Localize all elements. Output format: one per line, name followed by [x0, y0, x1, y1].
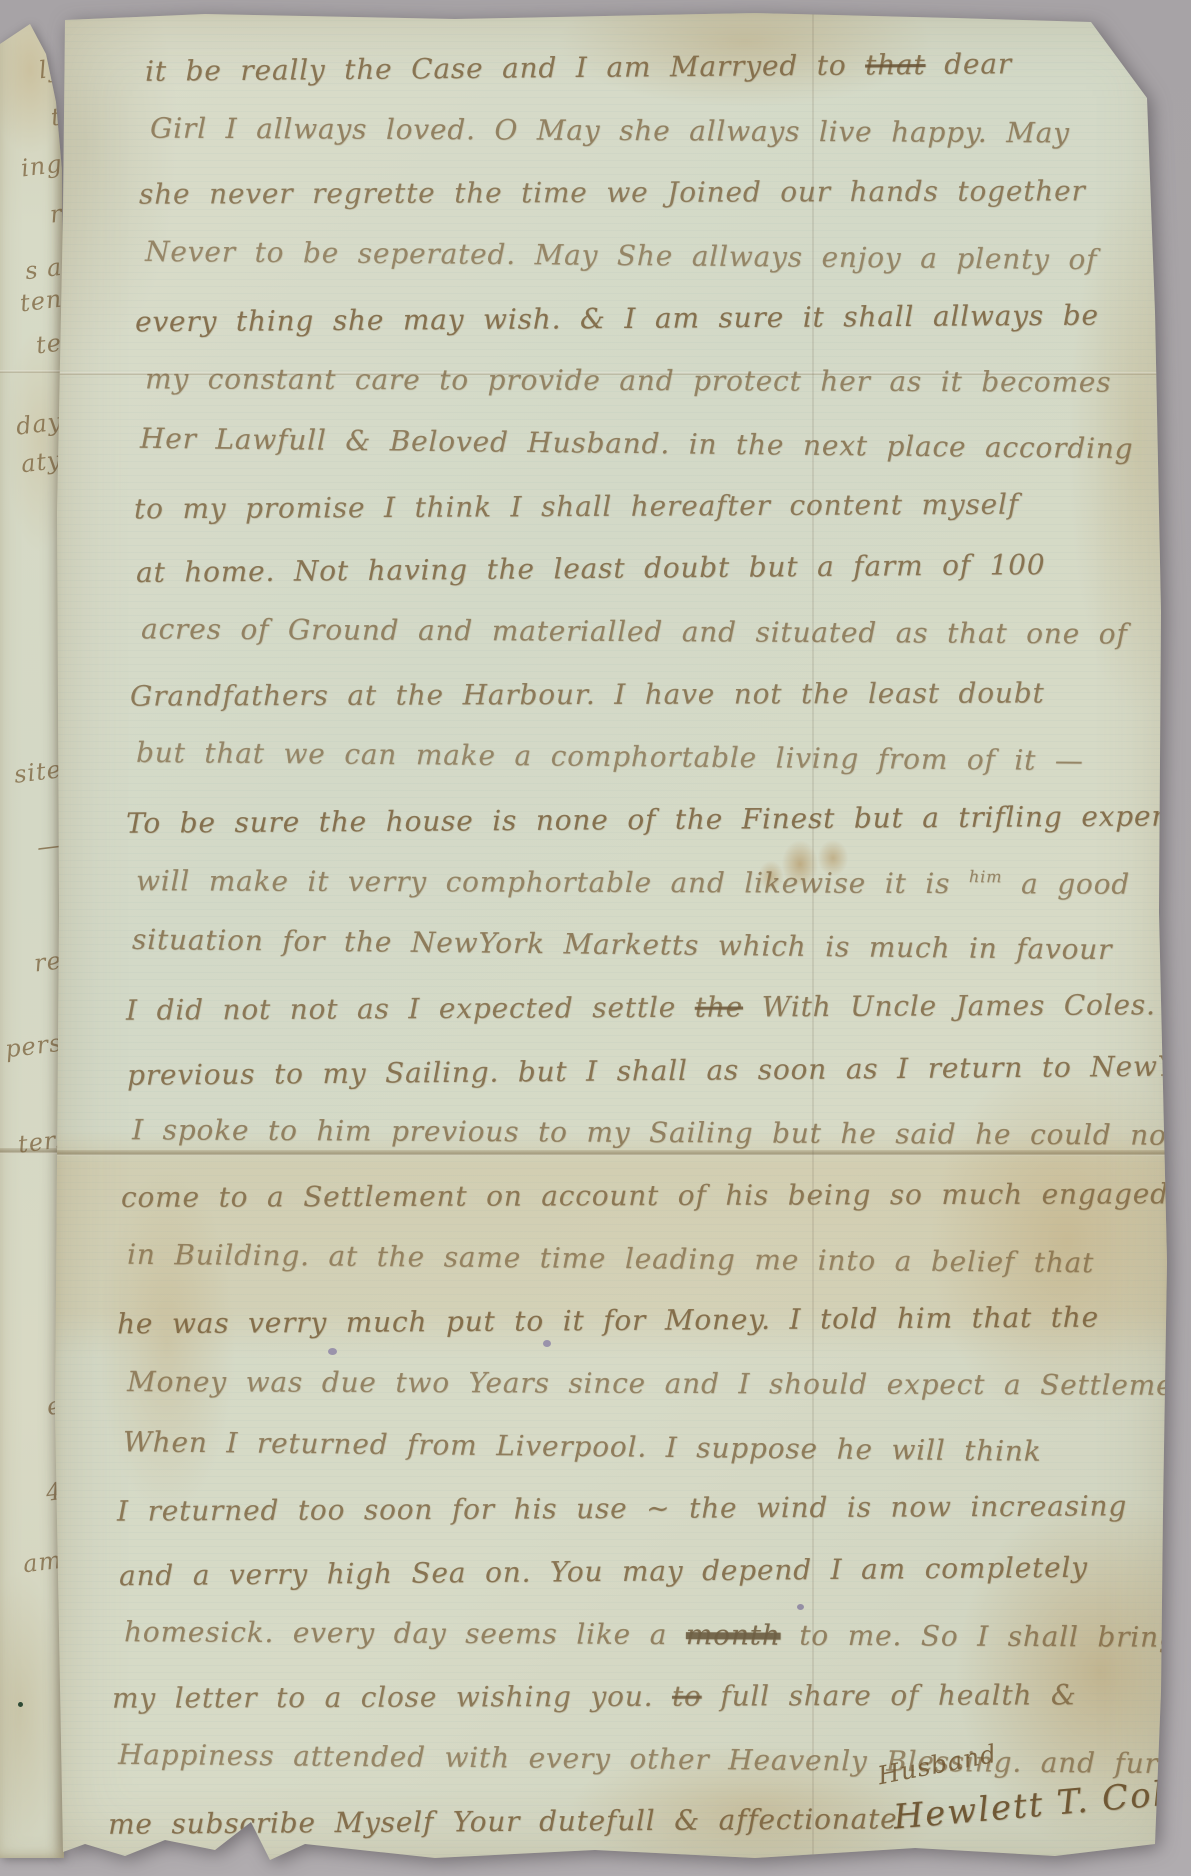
letter-line: every thing she may wish. & I am sure it…	[135, 300, 1099, 339]
letter-line: acres of Ground and materialled and situ…	[141, 613, 1128, 650]
letter-text: previous to my Sailing. but I shall as s…	[127, 1049, 1170, 1092]
letter-text: Girl I allways loved. O May she allways …	[150, 112, 1070, 150]
letter-line: he was verry much put to it for Money. I…	[117, 1302, 1099, 1341]
letter-page-wrap: it be really the Case and I am Marryed t…	[0, 0, 1191, 1876]
letter-text: my constant care to provide and protect …	[145, 362, 1111, 398]
letter-text: dear	[925, 47, 1012, 81]
letter-line: When I returned from Liverpool. I suppos…	[123, 1426, 1042, 1468]
letter-line: situation for the NewYork Marketts which…	[132, 924, 1113, 966]
letter-text: my letter to a close wishing you.	[112, 1680, 672, 1715]
letter-text: it be really the Case and I am Marryed t…	[145, 48, 865, 87]
letter-text: Happiness attended with every other Heav…	[118, 1738, 1170, 1781]
letter-line: previous to my Sailing. but I shall as s…	[127, 1050, 1170, 1092]
letter-line: to my promise I think I shall hereafter …	[134, 489, 1019, 526]
letter-word-sup: him	[969, 867, 1003, 886]
letter-text: Never to be seperated. May She allways e…	[145, 235, 1098, 276]
letter-text: he was verry much put to it for Money. I…	[117, 1301, 1099, 1341]
letter-text: Her Lawfull & Beloved Husband. in the ne…	[140, 422, 1134, 465]
letter-text: but that we can make a comphortable livi…	[136, 736, 1084, 777]
letter-text: full share of health &	[702, 1678, 1077, 1712]
letter-text: to my promise I think I shall hereafter …	[134, 488, 1019, 526]
letter-line: Never to be seperated. May She allways e…	[145, 236, 1098, 276]
letter-text: When I returned from Liverpool. I suppos…	[123, 1425, 1042, 1468]
letter-line: me subscribe Myself Your dutefull & affe…	[108, 1803, 898, 1841]
letter-line: come to a Settlement on account of his b…	[121, 1178, 1170, 1214]
letter-page: it be really the Case and I am Marryed t…	[55, 12, 1170, 1862]
letter-line: it be really the Case and I am Marryed t…	[145, 48, 1012, 88]
letter-line: Happiness attended with every other Heav…	[118, 1739, 1170, 1781]
letter-line: To be sure the house is none of the Fine…	[126, 800, 1170, 840]
letter-line: Girl I allways loved. O May she allways …	[150, 113, 1070, 150]
letter-line: my letter to a close wishing you. to ful…	[112, 1679, 1077, 1715]
letter-line: Her Lawfull & Beloved Husband. in the ne…	[140, 423, 1134, 466]
letter-text: at home. Not having the least doubt but …	[136, 548, 1046, 589]
letter-text: With Uncle James Coles.	[743, 988, 1156, 1023]
letter-scan: lytingrs atentedayatysite—reperster.e4am…	[0, 0, 1191, 1876]
letter-line: she never regrette the time we Joined ou…	[139, 175, 1086, 210]
letter-line: my constant care to provide and protect …	[145, 363, 1111, 399]
letter-text: to me. So I shall bring	[781, 1619, 1170, 1654]
letter-text: in Building. at the same time leading me…	[127, 1238, 1094, 1279]
letter-word-scribble: month	[686, 1618, 781, 1651]
letter-text: I did not not as I expected settle	[126, 991, 695, 1027]
letter-text: Grandfathers at the Harbour. I have not …	[130, 676, 1045, 712]
letter-text: To be sure the house is none of the Fine…	[126, 799, 1170, 840]
letter-text: I returned too soon for his use ~ the wi…	[117, 1489, 1127, 1527]
letter-line: I did not not as I expected settle the W…	[126, 989, 1156, 1027]
letter-text: I spoke to him previous to my Sailing bu…	[132, 1113, 1170, 1151]
letter-line: but that we can make a comphortable livi…	[136, 737, 1084, 777]
letter-line: and a verry high Sea on. You may depend …	[119, 1552, 1088, 1593]
letter-text: me subscribe Myself Your dutefull & affe…	[108, 1802, 898, 1841]
letter-line: Grandfathers at the Harbour. I have not …	[130, 677, 1045, 712]
letter-text: will make it verry comphortable and like…	[136, 864, 969, 900]
letter-text: a good	[1002, 867, 1130, 900]
letter-text: acres of Ground and materialled and situ…	[141, 612, 1128, 650]
letter-text: Money was due two Years since and I shou…	[127, 1365, 1170, 1402]
letter-word-strike: the	[695, 990, 743, 1023]
letter-line: will make it verry comphortable and like…	[136, 865, 1130, 901]
letter-line: Money was due two Years since and I shou…	[127, 1366, 1170, 1402]
letter-text: come to a Settlement on account of his b…	[121, 1177, 1170, 1214]
letter-text: situation for the NewYork Marketts which…	[132, 923, 1113, 966]
letter-text: homesick. every day seems like a	[124, 1615, 686, 1651]
letter-line: in Building. at the same time leading me…	[127, 1239, 1094, 1280]
letter-line: I spoke to him previous to my Sailing bu…	[132, 1114, 1170, 1152]
letter-lines: it be really the Case and I am Marryed t…	[55, 12, 1170, 1862]
letter-text: every thing she may wish. & I am sure it…	[135, 299, 1099, 339]
letter-text: and a verry high Sea on. You may depend …	[119, 1551, 1088, 1592]
letter-line: at home. Not having the least doubt but …	[136, 549, 1046, 589]
letter-line: homesick. every day seems like a month t…	[124, 1616, 1170, 1654]
letter-line: I returned too soon for his use ~ the wi…	[117, 1490, 1127, 1527]
letter-word-strike: to	[672, 1680, 702, 1713]
letter-text: she never regrette the time we Joined ou…	[139, 174, 1086, 210]
letter-word-strike: that	[865, 48, 926, 82]
